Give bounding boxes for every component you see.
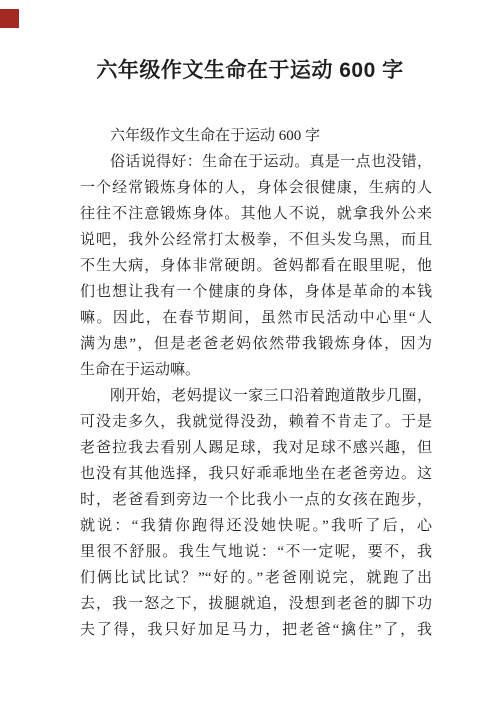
text-line: 就说：“我猜你跑得还没她快呢。”我听了后，心: [80, 513, 432, 539]
document-page: 六年级作文生命在于运动 600 字 六年级作文生命在于运动 600 字 俗话说得…: [0, 0, 500, 708]
text-line: 可没走多久，我就觉得没劲，赖着不肯走了。于是: [80, 409, 432, 435]
text-line-subtitle: 六年级作文生命在于运动 600 字: [80, 123, 432, 149]
text-line: 满为患”，但是老爸老妈依然带我锻炼身体，因为: [80, 331, 432, 357]
text-line: 去，我一怒之下，拔腿就追，没想到老爸的脚下功: [80, 591, 432, 617]
text-line: 刚开始，老妈提议一家三口沿着跑道散步几圈，: [80, 383, 432, 409]
text-line: 不生大病，身体非常硬朗。爸妈都看在眼里呢，他: [80, 253, 432, 279]
essay-body: 六年级作文生命在于运动 600 字 俗话说得好：生命在于运动。真是一点也没错， …: [80, 123, 432, 643]
text-line: 嘛。因此，在春节期间，虽然市民活动中心里“人: [80, 305, 432, 331]
text-line: 夫了得，我只好加足马力，把老爸“擒住”了，我: [80, 617, 432, 643]
text-line: 生命在于运动嘛。: [80, 357, 432, 383]
text-line: 说吧，我外公经常打太极拳，不但头发乌黑，而且: [80, 227, 432, 253]
text-line: 老爸拉我去看别人踢足球，我对足球不感兴趣，但: [80, 435, 432, 461]
text-line: 时，老爸看到旁边一个比我小一点的女孩在跑步，: [80, 487, 432, 513]
text-line: 一个经常锻炼身体的人，身体会很健康，生病的人: [80, 175, 432, 201]
text-line: 们也想让我有一个健康的身体，身体是革命的本钱: [80, 279, 432, 305]
essay-title: 六年级作文生命在于运动 600 字: [0, 58, 500, 84]
text-line: 也没有其他选择，我只好乖乖地坐在老爸旁边。这: [80, 461, 432, 487]
text-line: 里很不舒服。我生气地说：“不一定呢，要不，我: [80, 539, 432, 565]
text-line: 往往不注意锻炼身体。其他人不说，就拿我外公来: [80, 201, 432, 227]
red-square-logo: [0, 9, 19, 28]
text-line: 俗话说得好：生命在于运动。真是一点也没错，: [80, 149, 432, 175]
text-line: 们俩比试比试？”“好的。”老爸刚说完，就跑了出: [80, 565, 432, 591]
